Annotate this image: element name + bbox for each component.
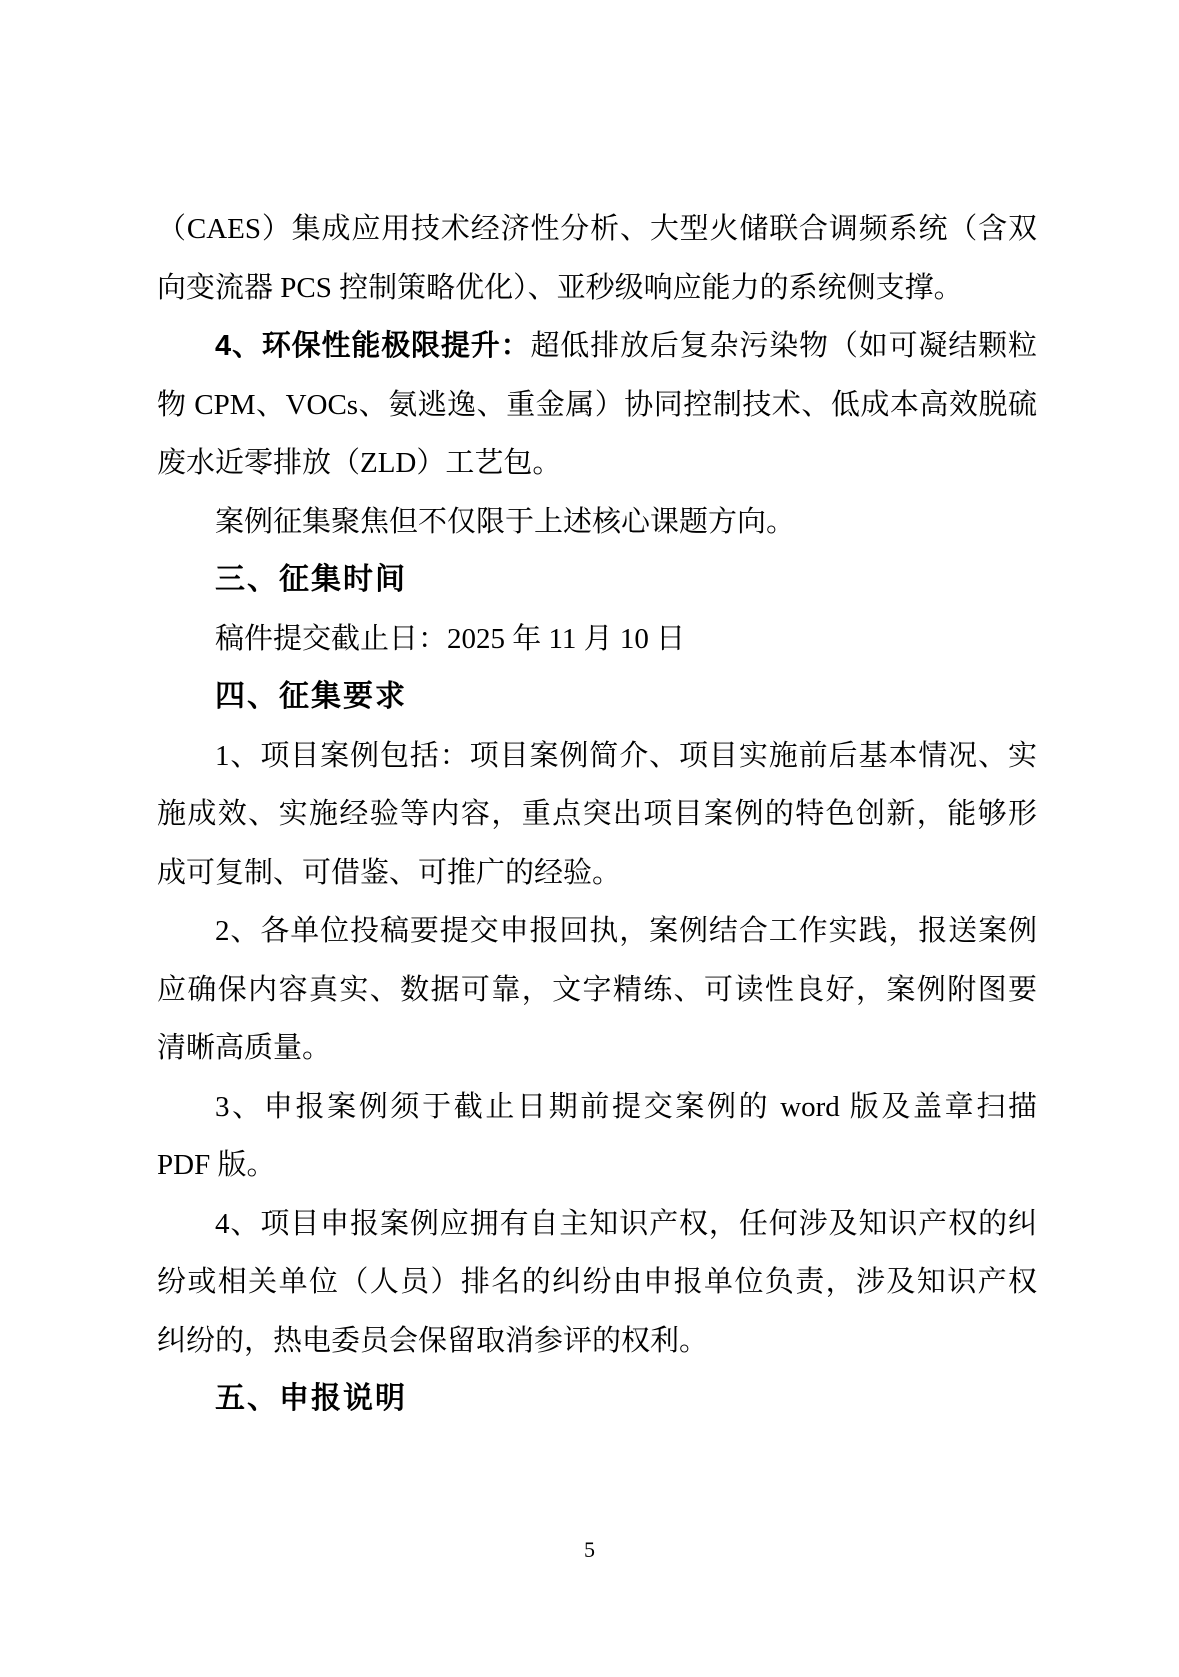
body-line-req-3b: PDF 版。: [157, 1136, 1037, 1195]
page-number: 5: [0, 1537, 1179, 1563]
body-line-req-2b: 应确保内容真实、数据可靠，文字精练、可读性良好，案例附图要: [157, 961, 1037, 1020]
body-line-deadline: 稿件提交截止日：2025 年 11 月 10 日: [157, 610, 1037, 669]
document-page: （CAES）集成应用技术经济性分析、大型火储联合调频系统（含双 向变流器 PCS…: [0, 0, 1179, 1677]
topic-4-bold-lead: 4、环保性能极限提升：: [215, 330, 530, 362]
body-line-req-2c: 清晰高质量。: [157, 1019, 1037, 1078]
body-line-req-1: 1、项目案例包括：项目案例简介、项目实施前后基本情况、实: [157, 727, 1037, 786]
section-heading-3-time: 三、征集时间: [157, 551, 1037, 610]
section-heading-5-instructions: 五、申报说明: [157, 1370, 1037, 1429]
body-line-req-4: 4、项目申报案例应拥有自主知识产权，任何涉及知识产权的纠: [157, 1195, 1037, 1254]
body-line-req-4b: 纷或相关单位（人员）排名的纠纷由申报单位负责，涉及知识产权: [157, 1253, 1037, 1312]
body-line-zld: 废水近零排放（ZLD）工艺包。: [157, 434, 1037, 493]
body-line-req-1c: 成可复制、可借鉴、可推广的经验。: [157, 844, 1037, 903]
body-line-caes-continuation: （CAES）集成应用技术经济性分析、大型火储联合调频系统（含双: [157, 200, 1037, 259]
body-line-focus-note: 案例征集聚焦但不仅限于上述核心课题方向。: [157, 493, 1037, 552]
body-line-req-1b: 施成效、实施经验等内容，重点突出项目案例的特色创新，能够形: [157, 785, 1037, 844]
body-line-pcs: 向变流器 PCS 控制策略优化）、亚秒级响应能力的系统侧支撑。: [157, 259, 1037, 318]
body-line-req-3: 3、申报案例须于截止日期前提交案例的 word 版及盖章扫描: [157, 1078, 1037, 1137]
document-body: （CAES）集成应用技术经济性分析、大型火储联合调频系统（含双 向变流器 PCS…: [157, 200, 1037, 1429]
topic-4-text: 超低排放后复杂污染物（如可凝结颗粒: [530, 330, 1037, 362]
body-line-req-2: 2、各单位投稿要提交申报回执，案例结合工作实践，报送案例: [157, 902, 1037, 961]
body-line-topic-4: 4、环保性能极限提升：超低排放后复杂污染物（如可凝结颗粒: [157, 317, 1037, 376]
body-line-cpm-vocs: 物 CPM、VOCs、氨逃逸、重金属）协同控制技术、低成本高效脱硫: [157, 376, 1037, 435]
body-line-req-4c: 纠纷的，热电委员会保留取消参评的权利。: [157, 1312, 1037, 1371]
section-heading-4-requirements: 四、征集要求: [157, 668, 1037, 727]
